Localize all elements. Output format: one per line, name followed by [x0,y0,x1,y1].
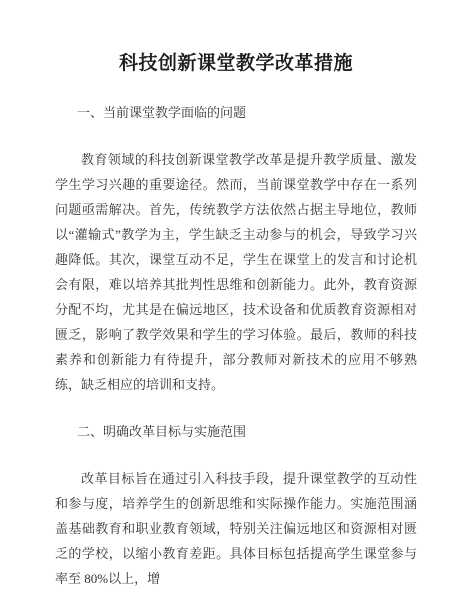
section-2-paragraph: 改革目标旨在通过引入科技手段，提升课堂教学的互动性和参与度，培养学生的创新思维和… [55,466,417,591]
section-1-paragraph: 教育领域的科技创新课堂教学改革是提升教学质量、激发学生学习兴趣的重要途径。然而，… [55,147,417,397]
document-page: 科技创新课堂教学改革措施 一、当前课堂教学面临的问题 教育领域的科技创新课堂教学… [0,0,463,600]
section-reform-goals: 二、明确改革目标与实施范围 改革目标旨在通过引入科技手段，提升课堂教学的互动性和… [55,419,417,591]
section-1-heading: 一、当前课堂教学面临的问题 [55,100,417,125]
section-2-heading: 二、明确改革目标与实施范围 [55,419,417,444]
document-title: 科技创新课堂教学改革措施 [55,50,417,78]
section-current-problems: 一、当前课堂教学面临的问题 教育领域的科技创新课堂教学改革是提升教学质量、激发学… [55,100,417,397]
